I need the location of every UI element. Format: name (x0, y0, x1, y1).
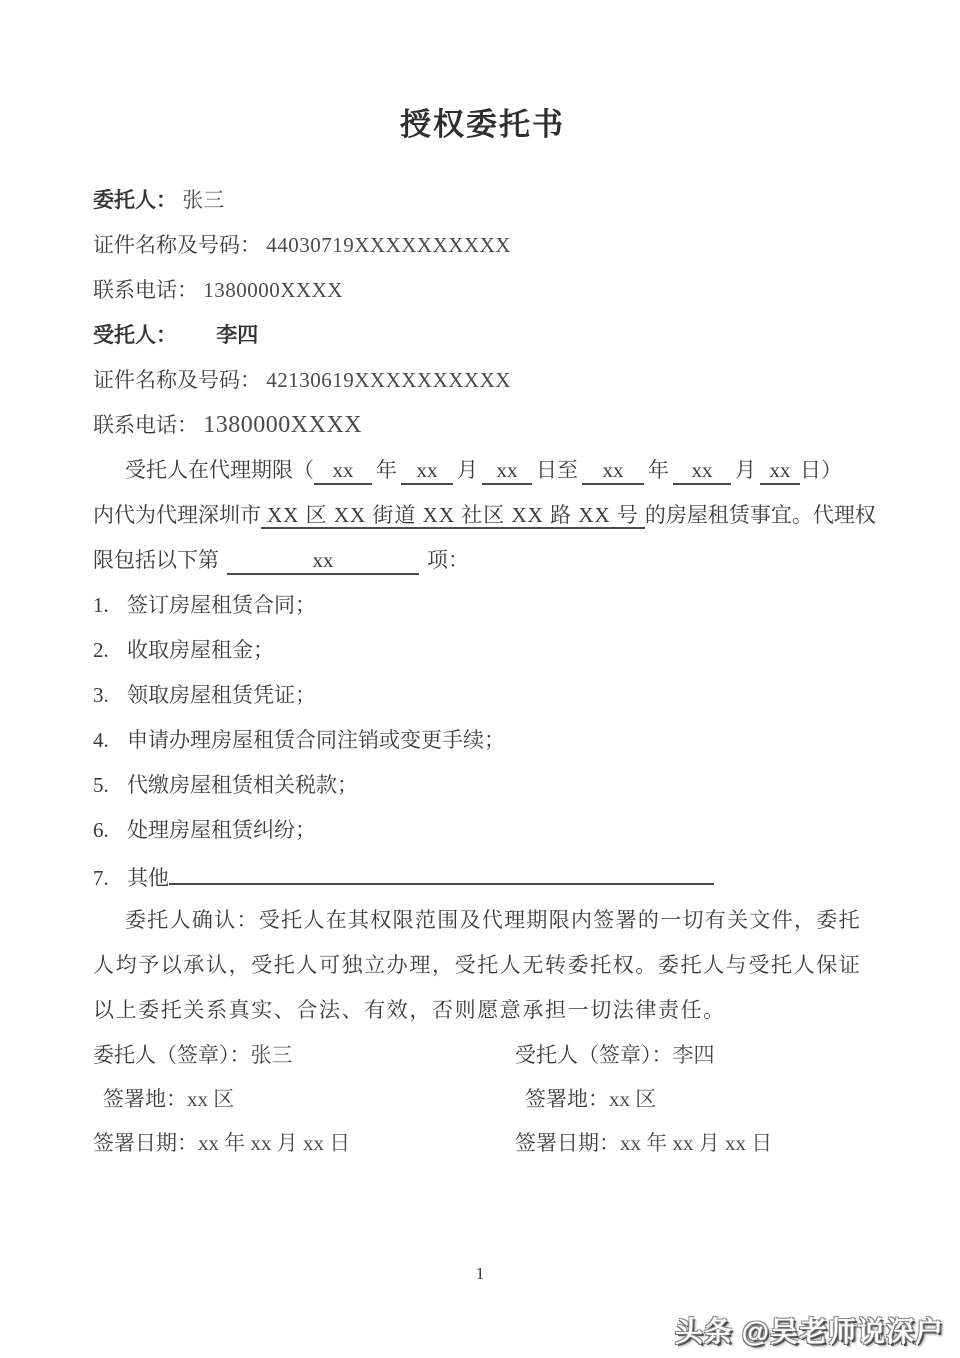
page-number: 1 (0, 1264, 960, 1284)
list-item-7: 7.其他 (93, 853, 872, 898)
list-item-1-number: 1. (93, 583, 127, 628)
principal-id-label: 证件名称及号码： (93, 233, 261, 257)
agent-name-line: 受托人： 李四 (93, 313, 872, 358)
list-item-6-text: 处理房屋租赁纠纷； (127, 818, 316, 842)
agent-name: 李四 (216, 323, 258, 347)
period-prefix: 受托人在代理期限（ (125, 458, 314, 482)
address-blank: XX 区 XX 街道 XX 社区 XX 路 XX 号 (261, 503, 645, 529)
signature-row-places: 签署地：xx 区 签署地：xx 区 (93, 1077, 872, 1121)
principal-place-value: xx 区 (187, 1087, 234, 1111)
list-item-3: 3.领取房屋租赁凭证； (93, 673, 872, 718)
list-item-5: 5.代缴房屋租赁相关税款； (93, 763, 872, 808)
period-end-day-blank: xx (760, 457, 800, 485)
list-item-2-text: 收取房屋租金； (127, 638, 274, 662)
list-item-5-text: 代缴房屋租赁相关税款； (127, 773, 358, 797)
principal-date-value: xx 年 xx 月 xx 日 (198, 1131, 350, 1155)
agent-date-line: 签署日期：xx 年 xx 月 xx 日 (515, 1121, 872, 1165)
signature-row-dates: 签署日期：xx 年 xx 月 xx 日 签署日期：xx 年 xx 月 xx 日 (93, 1121, 872, 1165)
agent-id-label: 证件名称及号码： (93, 368, 261, 392)
agent-phone-line: 联系电话： 1380000XXXX (93, 403, 872, 448)
document-page: 授权委托书 委托人： 张三 证件名称及号码： 44030719XXXXXXXXX… (0, 0, 960, 1358)
principal-id-value: 44030719XXXXXXXXXX (266, 233, 511, 257)
confirmation-line-2: 人均予以承认，受托人可独立办理，受托人无转委托权。委托人与受托人保证 (93, 943, 872, 988)
period-to-label: 日至 (532, 458, 582, 482)
principal-id-line: 证件名称及号码： 44030719XXXXXXXXXX (93, 223, 872, 268)
agent-phone-value: 1380000XXXX (203, 412, 362, 438)
agency-scope-line: 限包括以下第xx项： (93, 538, 872, 583)
list-item-4-number: 4. (93, 718, 127, 763)
period-year-label: 年 (372, 458, 401, 482)
list-item-7-blank-line (169, 853, 714, 885)
watermark-toutiao: 头条 @吴老师说深户 (675, 1310, 944, 1350)
principal-date-line: 签署日期：xx 年 xx 月 xx 日 (93, 1121, 515, 1165)
principal-phone-value: 1380000XXXX (203, 278, 343, 302)
period-end-year-blank: xx (582, 457, 644, 485)
period-start-day-blank: xx (482, 457, 532, 485)
list-item-1: 1.签订房屋租赁合同； (93, 583, 872, 628)
agent-date-value: xx 年 xx 月 xx 日 (620, 1131, 772, 1155)
agent-date-label: 签署日期： (515, 1131, 620, 1155)
address-prefix: 内代为代理深圳市 (93, 503, 261, 527)
agency-period-line: 受托人在代理期限（xx年xx月xx日至xx年xx月xx日） (93, 448, 872, 493)
address-suffix: 的房屋租赁事宜。代理权 (645, 503, 876, 527)
period-start-year-blank: xx (314, 457, 372, 485)
agent-place-label: 签署地： (525, 1087, 609, 1111)
list-item-3-text: 领取房屋租赁凭证； (127, 683, 316, 707)
list-item-2-number: 2. (93, 628, 127, 673)
scope-items-blank: xx (227, 547, 419, 575)
principal-phone-line: 联系电话： 1380000XXXX (93, 268, 872, 313)
period-month2-label: 月 (731, 458, 760, 482)
agent-id-value: 42130619XXXXXXXXXX (266, 368, 511, 392)
signature-row-names: 委托人（签章）：张三 受托人（签章）：李四 (93, 1033, 872, 1077)
list-item-7-number: 7. (93, 856, 127, 901)
agent-place-line: 签署地：xx 区 (525, 1077, 872, 1121)
agent-id-line: 证件名称及号码： 42130619XXXXXXXXXX (93, 358, 872, 403)
list-item-3-number: 3. (93, 673, 127, 718)
scope-suffix: 项： (427, 548, 469, 572)
principal-signature-line: 委托人（签章）：张三 (93, 1033, 515, 1077)
list-item-4: 4.申请办理房屋租赁合同注销或变更手续； (93, 718, 872, 763)
document-title: 授权委托书 (93, 0, 872, 148)
principal-label: 委托人： (93, 188, 177, 212)
principal-signature-label: 委托人（签章）： (93, 1043, 251, 1067)
principal-place-line: 签署地：xx 区 (93, 1077, 525, 1121)
principal-place-label: 签署地： (103, 1087, 187, 1111)
agent-label: 受托人： (93, 323, 177, 347)
period-start-month-blank: xx (401, 457, 453, 485)
principal-date-label: 签署日期： (93, 1131, 198, 1155)
principal-name-line: 委托人： 张三 (93, 178, 872, 223)
period-month-label: 月 (453, 458, 482, 482)
list-item-5-number: 5. (93, 763, 127, 808)
scope-prefix: 限包括以下第 (93, 548, 219, 572)
confirmation-line-1: 委托人确认：受托人在其权限范围及代理期限内签署的一切有关文件，委托 (93, 898, 872, 943)
agent-place-value: xx 区 (609, 1087, 656, 1111)
list-item-1-text: 签订房屋租赁合同； (127, 593, 316, 617)
list-item-6: 6.处理房屋租赁纠纷； (93, 808, 872, 853)
agent-signature-label: 受托人（签章）： (515, 1043, 673, 1067)
period-end-month-blank: xx (673, 457, 731, 485)
agent-signature-name: 李四 (673, 1043, 715, 1067)
principal-name: 张三 (182, 188, 224, 212)
list-item-2: 2.收取房屋租金； (93, 628, 872, 673)
list-item-4-text: 申请办理房屋租赁合同注销或变更手续； (127, 728, 505, 752)
agent-phone-label: 联系电话： (93, 413, 198, 437)
list-item-7-text: 其他 (127, 866, 169, 890)
period-year2-label: 年 (644, 458, 673, 482)
principal-phone-label: 联系电话： (93, 278, 198, 302)
agent-signature-line: 受托人（签章）：李四 (515, 1033, 872, 1077)
principal-signature-name: 张三 (251, 1043, 293, 1067)
confirmation-line-3: 以上委托关系真实、合法、有效，否则愿意承担一切法律责任。 (93, 988, 872, 1033)
period-suffix: 日） (800, 458, 842, 482)
agency-address-line: 内代为代理深圳市XX 区 XX 街道 XX 社区 XX 路 XX 号的房屋租赁事… (93, 493, 872, 538)
list-item-6-number: 6. (93, 808, 127, 853)
